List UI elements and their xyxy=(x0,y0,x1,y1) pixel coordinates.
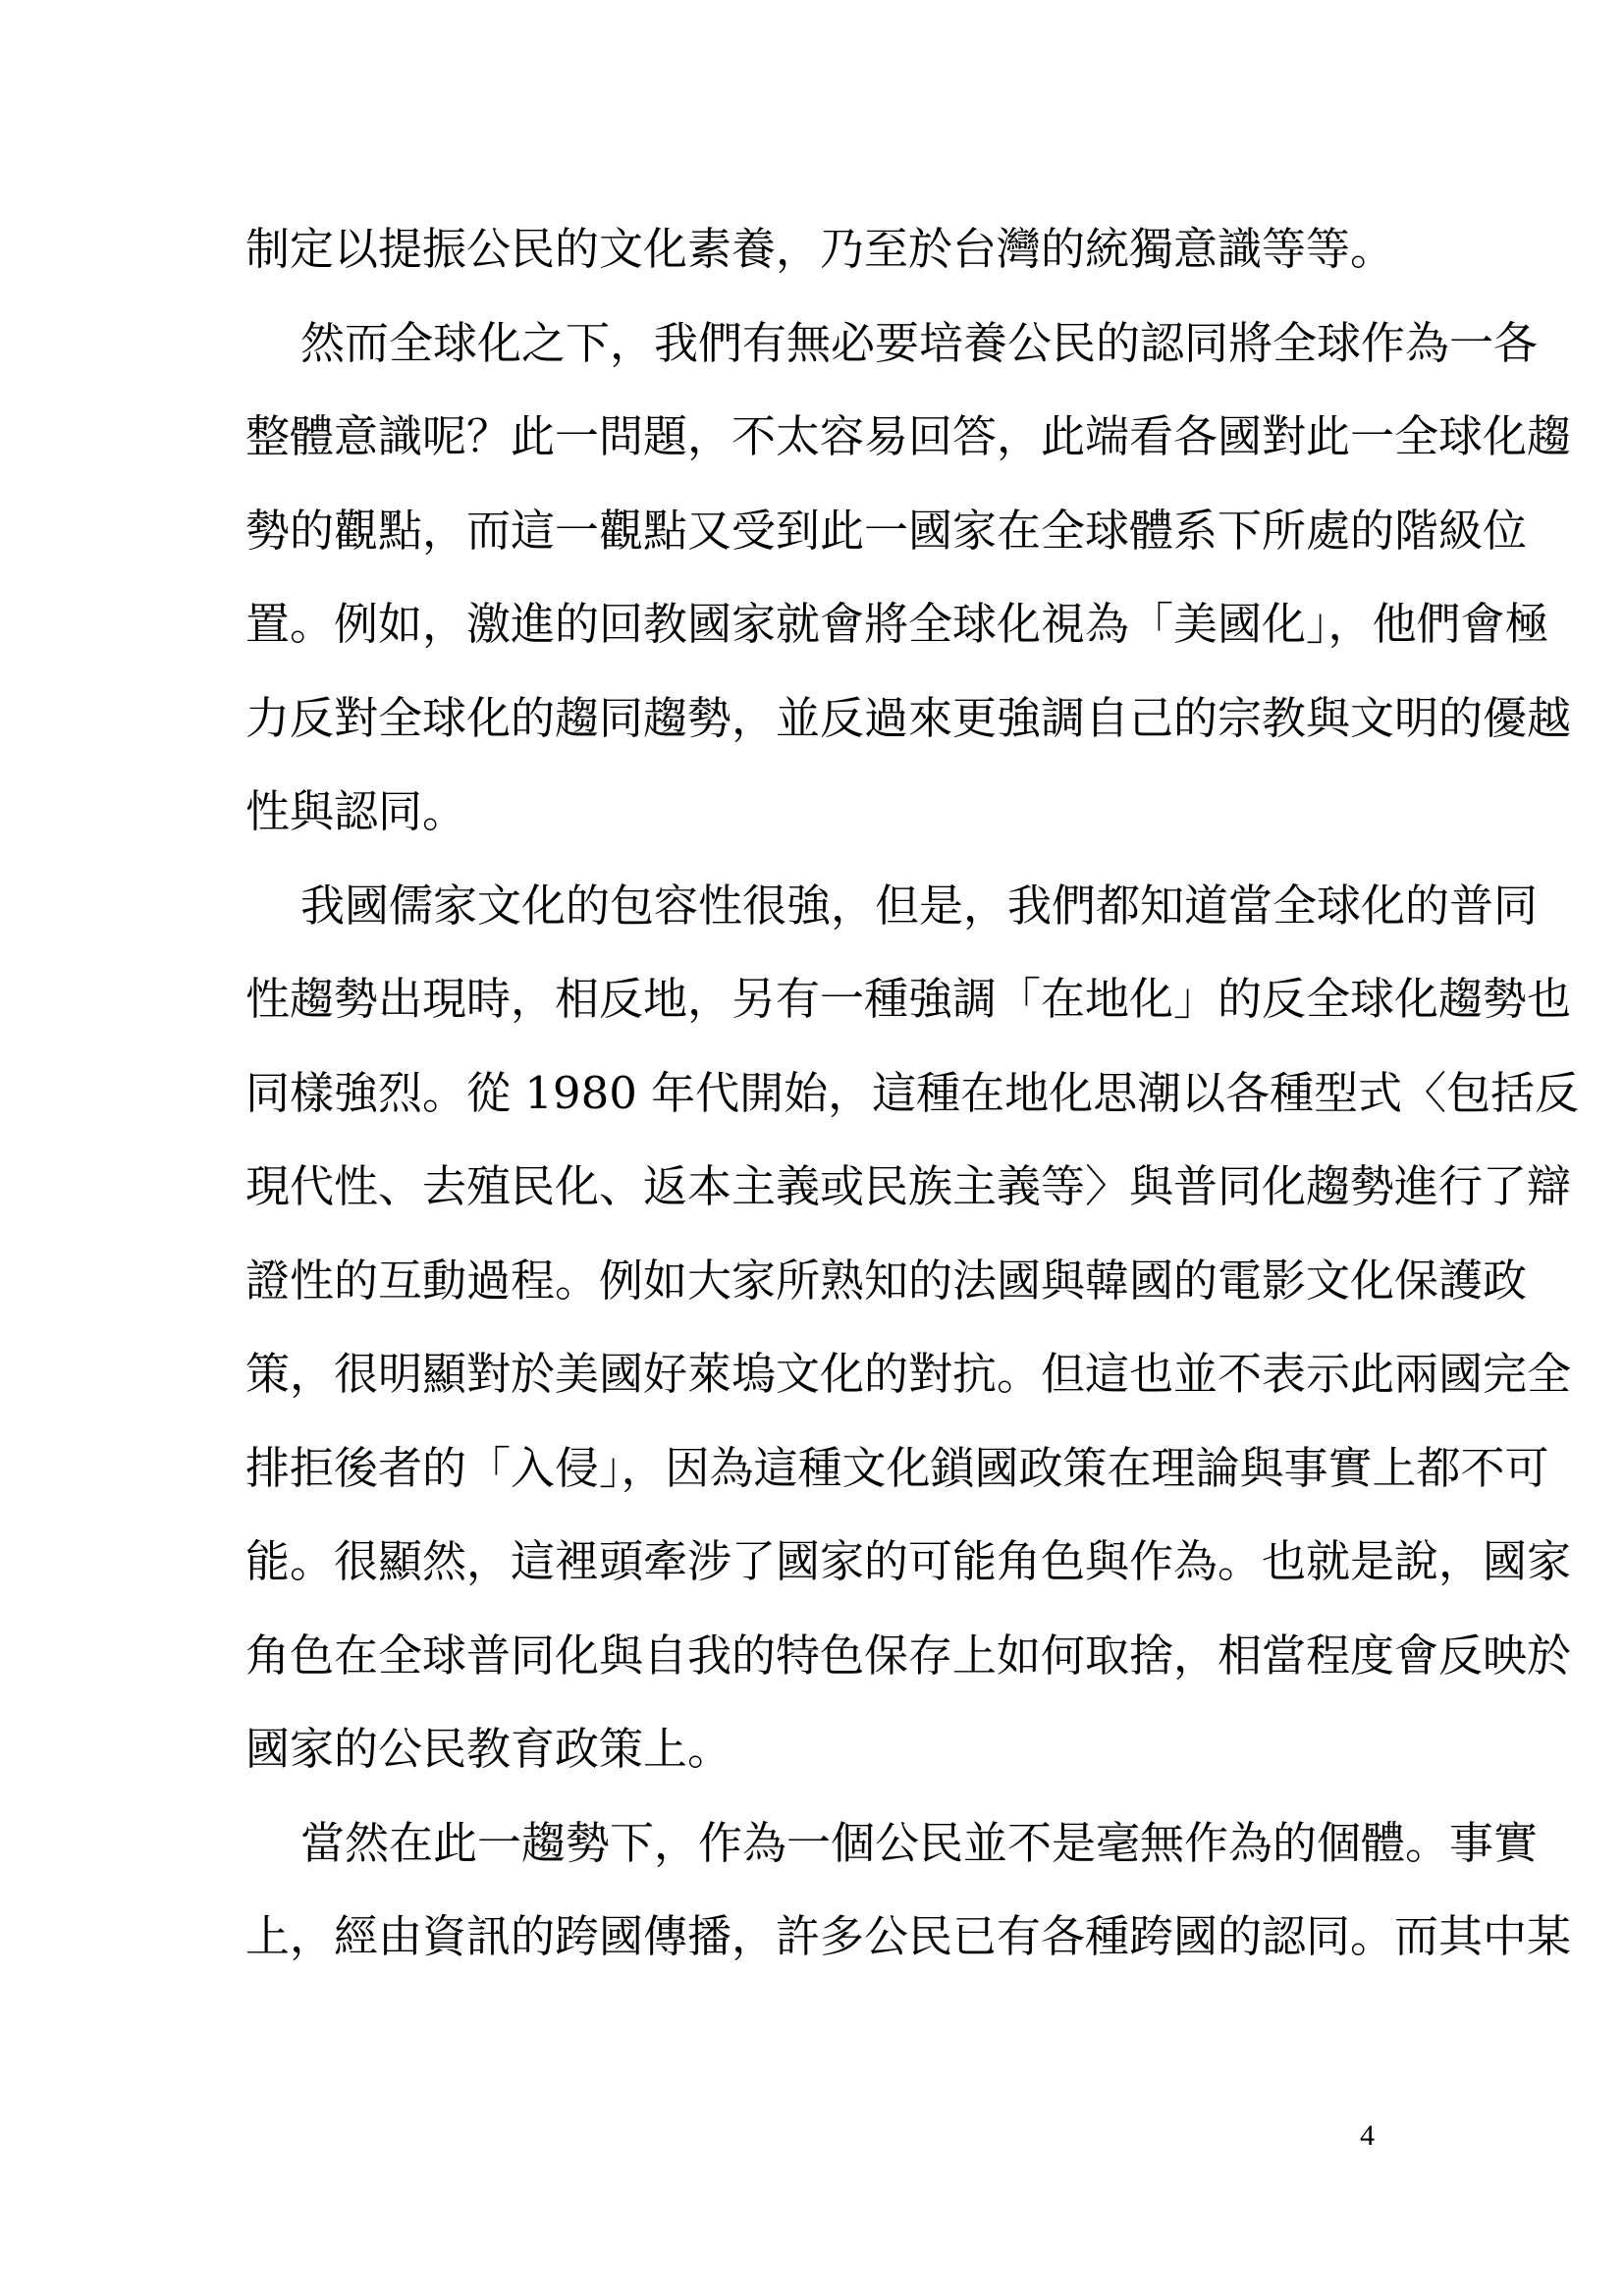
text-line: 角色在全球普同化與自我的特色保存上如何取捨，相當程度會反映於 xyxy=(245,1625,1384,1719)
text-line: 性與認同。 xyxy=(245,780,1384,875)
text-line: 現代性、去殖民化、返本主義或民族主義等〉與普同化趨勢進行了辯 xyxy=(245,1155,1384,1250)
page-number: 4 xyxy=(1360,2118,1375,2154)
document-page: 制定以提振公民的文化素養，乃至於台灣的統獨意識等等。 然而全球化之下，我們有無必… xyxy=(0,0,1624,2296)
text-line: 能。很顯然，這裡頭牽涉了國家的可能角色與作為。也就是說，國家 xyxy=(245,1530,1384,1625)
text-line: 排拒後者的「入侵」，因為這種文化鎖國政策在理論與事實上都不可 xyxy=(245,1437,1384,1531)
text-line: 國家的公民教育政策上。 xyxy=(245,1718,1384,1812)
text-line: 性趨勢出現時，相反地，另有一種強調「在地化」的反全球化趨勢也 xyxy=(245,968,1384,1062)
text-line: 整體意識呢？此一問題，不太容易回答，此端看各國對此一全球化趨 xyxy=(245,405,1384,500)
text-line: 制定以提振公民的文化素養，乃至於台灣的統獨意識等等。 xyxy=(245,218,1384,312)
text-line: 證性的互動過程。例如大家所熟知的法國與韓國的電影文化保護政 xyxy=(245,1250,1384,1344)
text-line: 上，經由資訊的跨國傳播，許多公民已有各種跨國的認同。而其中某 xyxy=(245,1905,1384,2000)
text-line: 我國儒家文化的包容性很強，但是，我們都知道當全球化的普同 xyxy=(245,875,1384,969)
text-line: 當然在此一趨勢下，作為一個公民並不是毫無作為的個體。事實 xyxy=(245,1812,1384,1906)
text-line: 然而全球化之下，我們有無必要培養公民的認同將全球作為一各 xyxy=(245,312,1384,406)
body-text: 制定以提振公民的文化素養，乃至於台灣的統獨意識等等。 然而全球化之下，我們有無必… xyxy=(245,218,1384,2000)
text-line: 策，很明顯對於美國好萊塢文化的對抗。但這也並不表示此兩國完全 xyxy=(245,1343,1384,1437)
text-line: 同樣強烈。從 1980 年代開始，這種在地化思潮以各種型式〈包括反 xyxy=(245,1062,1384,1156)
text-line: 力反對全球化的趨同趨勢，並反過來更強調自己的宗教與文明的優越 xyxy=(245,687,1384,781)
text-line: 勢的觀點，而這一觀點又受到此一國家在全球體系下所處的階級位 xyxy=(245,500,1384,594)
text-line: 置。例如，激進的回教國家就會將全球化視為「美國化」，他們會極 xyxy=(245,593,1384,687)
